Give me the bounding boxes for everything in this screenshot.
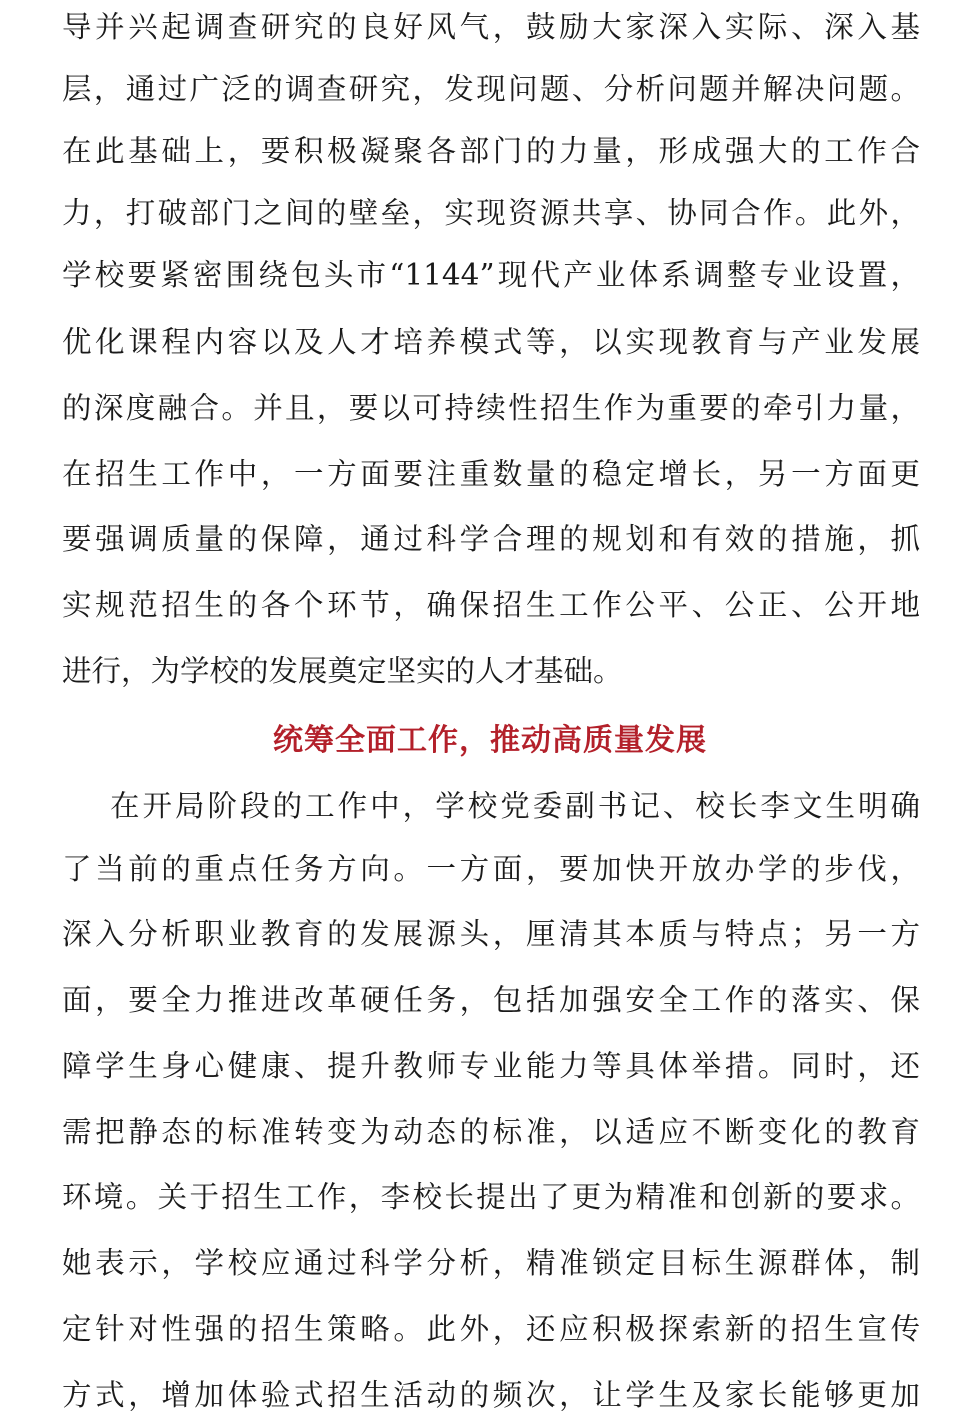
text-line: 要强调质量的保障，通过科学合理的规划和有效的措施，抓 bbox=[62, 519, 920, 559]
text-line: 障学生身心健康、提升教师专业能力等具体举措。同时，还 bbox=[62, 1046, 920, 1086]
text-line: 了当前的重点任务方向。一方面，要加快开放办学的步伐， bbox=[62, 849, 920, 889]
text-line: 力，打破部门之间的壁垒，实现资源共享、协同合作。此外， bbox=[62, 193, 920, 233]
text-line: 定针对性强的招生策略。此外，还应积极探索新的招生宣传 bbox=[62, 1309, 920, 1349]
text-line: 层，通过广泛的调查研究，发现问题、分析问题并解决问题。 bbox=[62, 69, 920, 109]
text-line: 在开局阶段的工作中，学校党委副书记、校长李文生明确 bbox=[110, 786, 920, 826]
document-page: 导并兴起调查研究的良好风气，鼓励大家深入实际、深入基 层，通过广泛的调查研究，发… bbox=[0, 0, 980, 1416]
text-line: 的深度融合。并且，要以可持续性招生作为重要的牵引力量， bbox=[62, 388, 920, 428]
text-line: 在此基础上，要积极凝聚各部门的力量，形成强大的工作合 bbox=[62, 131, 920, 171]
section-heading: 统筹全面工作，推动高质量发展 bbox=[0, 719, 980, 763]
text-line: 她表示，学校应通过科学分析，精准锁定目标生源群体，制 bbox=[62, 1243, 920, 1283]
text-line: 面，要全力推进改革硬任务，包括加强安全工作的落实、保 bbox=[62, 980, 920, 1020]
text-line: 实规范招生的各个环节，确保招生工作公平、公正、公开地 bbox=[62, 585, 920, 625]
text-line: 在招生工作中，一方面要注重数量的稳定增长，另一方面更 bbox=[62, 454, 920, 494]
text-line: 环境。关于招生工作，李校长提出了更为精准和创新的要求。 bbox=[62, 1177, 920, 1217]
text-line: 优化课程内容以及人才培养模式等，以实现教育与产业发展 bbox=[62, 322, 920, 362]
text-line: 方式，增加体验式招生活动的频次，让学生及家长能够更加 bbox=[62, 1375, 920, 1415]
text-line: 导并兴起调查研究的良好风气，鼓励大家深入实际、深入基 bbox=[62, 7, 920, 47]
text-line: 深入分析职业教育的发展源头，厘清其本质与特点；另一方 bbox=[62, 914, 920, 954]
text-line: 需把静态的标准转变为动态的标准，以适应不断变化的教育 bbox=[62, 1112, 920, 1152]
text-line: 进行，为学校的发展奠定坚实的人才基础。 bbox=[62, 651, 920, 691]
text-line: 学校要紧密围绕包头市“1144”现代产业体系调整专业设置， bbox=[62, 255, 920, 295]
